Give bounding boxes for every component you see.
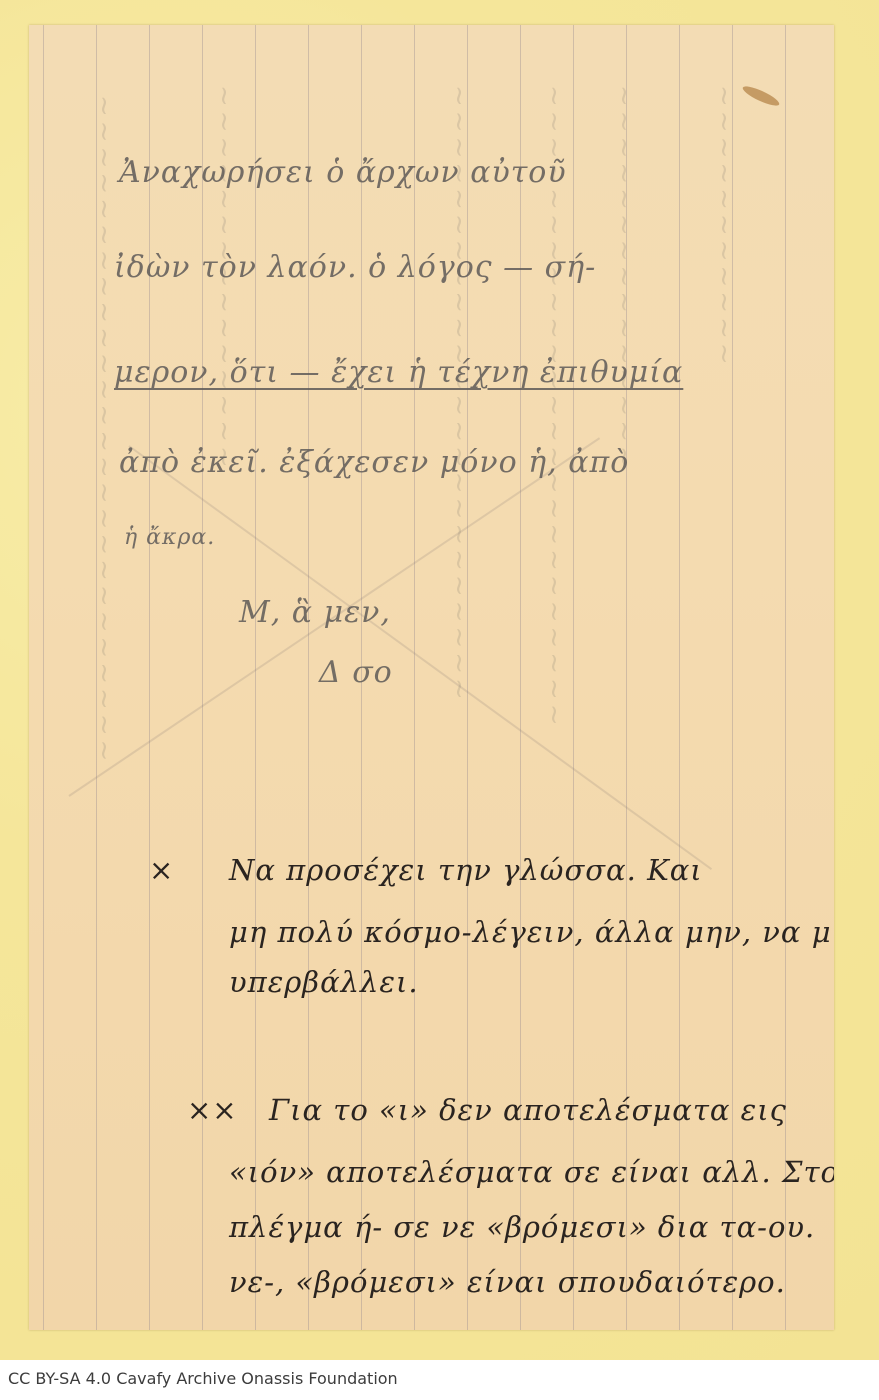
ink-note-line: Για το «ι» δεν αποτελέσματα εις [269,1093,787,1127]
show-through-text: ~~~~~~~~~~~~~~~ [209,85,239,785]
ruled-line [520,25,521,1330]
pencil-line: ἀπὸ ἐκεῖ. ἐξάχεσεν μόνο ἡ, ἀπὸ [119,445,629,480]
ruled-line [149,25,150,1330]
license-credit: CC BY-SA 4.0 Cavafy Archive Onassis Foun… [8,1369,398,1388]
ink-note-line: υπερβάλλει. [229,965,419,999]
ink-note-line: Να προσέχει την γλώσσα. Και [229,853,703,887]
pencil-line: μερον, ὅτι — ἔχει ἡ τέχνη ἐπιθυμία [114,355,683,390]
pencil-line: ἰδὼν τὸν λαόν. ὁ λόγος — σή- [114,250,596,285]
ruled-line [308,25,309,1330]
pencil-line: Μ, ἃ μεν, [239,595,391,630]
pencil-line: ἡ ἄκρα. [124,525,215,550]
ink-note-line: πλέγμα ή- σε νε «βρόμεσι» δια τα-ου. [229,1210,815,1244]
pencil-line: Δ σο [319,655,393,690]
manuscript-sheet: ~~~~~~~~~~~~~~~~~~~~~~~~~~ ~~~~~~~~~~~~~… [29,25,834,1330]
ink-note-line: νε-, «βρόμεσι» είναι σπουδαιότερο. [229,1265,786,1299]
ruled-line [414,25,415,1330]
show-through-text: ~~~~~~~~~~~~~~~ [609,85,639,785]
ruled-line [202,25,203,1330]
ruled-line [43,25,44,1330]
ruled-line [785,25,786,1330]
ink-note-line: «ιόν» αποτελέσματα σε είναι αλλ. Στο [229,1155,834,1189]
ruled-line [679,25,680,1330]
note-marker: ×× [187,1093,238,1127]
ink-note-line: μη πολύ κόσμο-λέγειν, άλλα μην, να μη [229,915,834,949]
paper-stain [741,83,781,109]
pencil-line: Ἀναχωρήσει ὁ ἄρχων αὐτοῦ [119,155,567,190]
ruled-line [255,25,256,1330]
show-through-text: ~~~~~~~~~~~ [709,85,739,585]
ruled-line [573,25,574,1330]
note-marker: × [149,853,174,887]
